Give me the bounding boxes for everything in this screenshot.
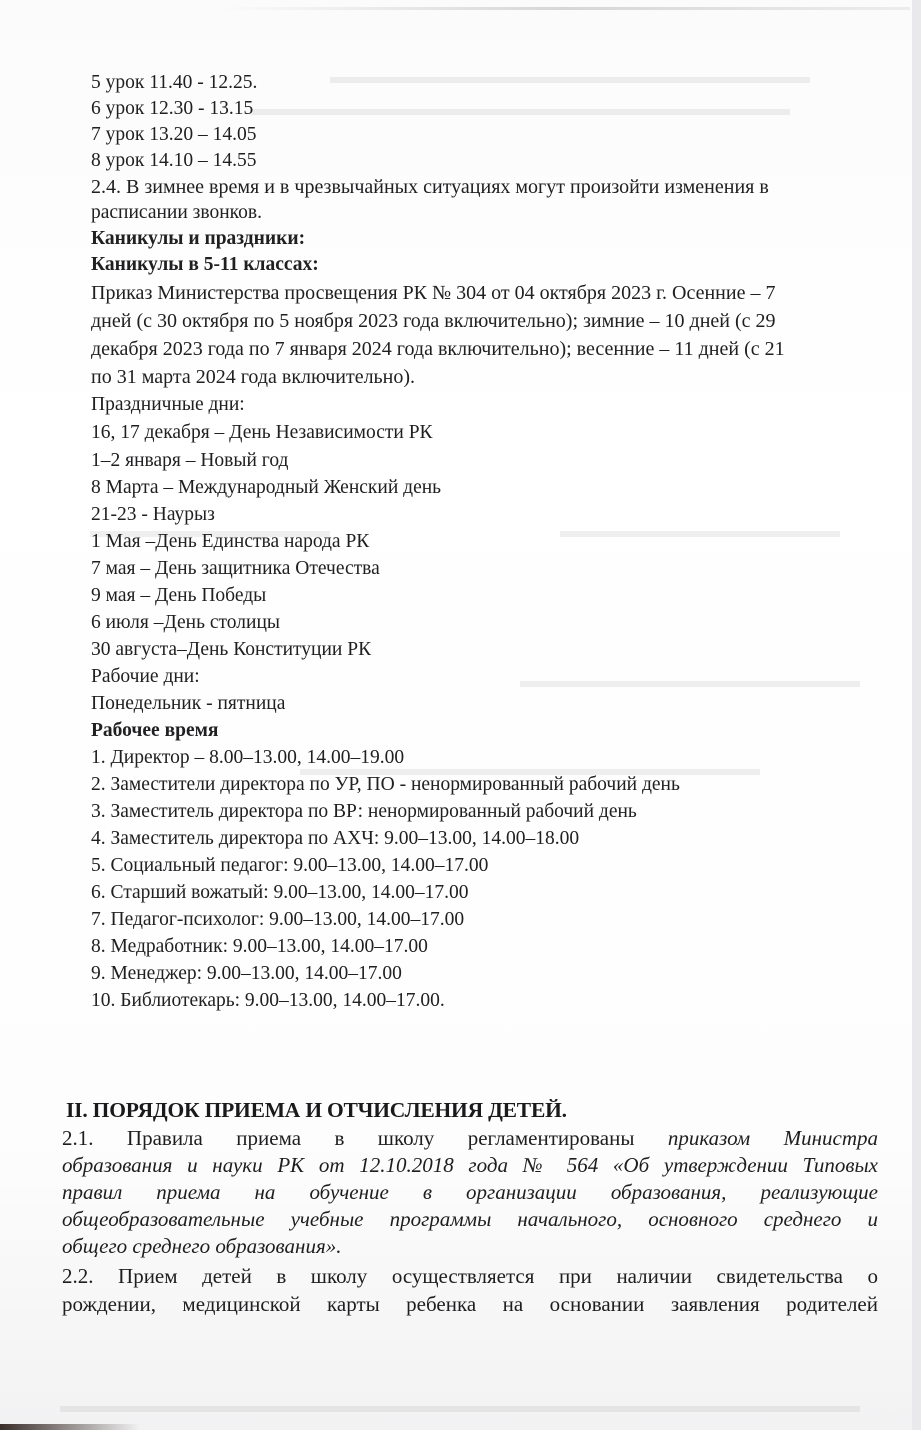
clause-2-4-cont: расписании звонков. [91, 200, 262, 226]
schedule-line: 5 урок 11.40 - 12.25. [91, 70, 257, 96]
clause-2-1-cont: образования и науки РК от 12.10.2018 год… [62, 1152, 878, 1179]
clause-2-2-cont: рождении, медицинской карты ребенка на о… [62, 1291, 878, 1318]
clause-2-1-cont: общеобразовательные учебные программы на… [62, 1206, 878, 1233]
working-hours-item: 8. Медработник: 9.00–13.00, 14.00–17.00 [91, 934, 428, 960]
working-hours-item: 2. Заместители директора по УР, ПО - нен… [91, 772, 680, 798]
clause-2-1-italic: приказом Министра [668, 1126, 878, 1150]
bleed-through: ▬▬▬▬▬▬▬▬▬▬▬▬▬▬▬▬▬ [520, 670, 860, 693]
page-edge [220, 7, 910, 10]
working-hours-item: 5. Социальный педагог: 9.00–13.00, 14.00… [91, 853, 488, 879]
holiday-item: 6 июля –День столицы [91, 610, 280, 636]
holiday-item: 8 Марта – Международный Женский день [91, 475, 441, 501]
schedule-line: 7 урок 13.20 – 14.05 [91, 122, 256, 148]
schedule-line: 8 урок 14.10 – 14.55 [91, 148, 256, 174]
bleed-through: ▬▬▬▬▬▬▬▬▬▬▬▬▬▬▬▬▬▬▬▬▬▬▬▬ [330, 66, 810, 89]
vacations-text: по 31 марта 2024 года включительно). [91, 364, 415, 390]
clause-2-1-cont: общего среднего образования». [62, 1233, 878, 1260]
clause-2-1-text: 2.1. Правила приема в школу регламентиро… [62, 1126, 668, 1150]
working-hours-item: 3. Заместитель директора по ВР: ненормир… [91, 799, 637, 825]
clause-2-1-cont: правил приема на обучение в организации … [62, 1179, 878, 1206]
holiday-item: 9 мая – День Победы [91, 583, 266, 609]
vacations-text: декабря 2023 года по 7 января 2024 года … [91, 336, 785, 362]
working-days-value: Понедельник - пятница [91, 691, 285, 717]
clause-2-4: 2.4. В зимнее время и в чрезвычайных сит… [91, 174, 769, 200]
bleed-through: ▬▬▬▬▬▬▬▬▬▬▬▬▬▬▬▬▬▬▬▬▬▬▬▬▬▬▬▬▬▬▬▬▬▬▬▬▬▬▬▬ [60, 1395, 860, 1418]
page-shadow [0, 1424, 140, 1430]
clause-2-2: 2.2. Прием детей в школу осуществляется … [62, 1263, 878, 1290]
schedule-line: 6 урок 12.30 - 13.15 [91, 96, 253, 122]
vacations-text: Приказ Министерства просвещения РК № 304… [91, 280, 775, 306]
working-hours-item: 1. Директор – 8.00–13.00, 14.00–19.00 [91, 745, 404, 771]
working-hours-item: 10. Библиотекарь: 9.00–13.00, 14.00–17.0… [91, 988, 445, 1014]
working-days-label: Рабочие дни: [91, 664, 200, 690]
holiday-item: 1–2 января – Новый год [91, 448, 288, 474]
holiday-item: 21-23 - Наурыз [91, 502, 215, 528]
bleed-through: ▬▬▬▬▬▬▬▬▬▬▬▬▬▬▬▬▬▬▬▬▬▬▬▬▬▬▬ [250, 98, 790, 121]
working-hours-heading: Рабочее время [91, 718, 218, 744]
holiday-item: 1 Мая –День Единства народа РК [91, 529, 369, 555]
working-hours-item: 6. Старший вожатый: 9.00–13.00, 14.00–17… [91, 880, 469, 906]
vacations-text: дней (с 30 октября по 5 ноября 2023 года… [91, 308, 776, 334]
vacations-heading-text: Каникулы в 5-11 классах: [91, 254, 319, 275]
working-hours-item: 9. Менеджер: 9.00–13.00, 14.00–17.00 [91, 961, 402, 987]
clause-2-1: 2.1. Правила приема в школу регламентиро… [62, 1125, 878, 1152]
bleed-through: ▬▬▬▬▬▬▬▬▬▬▬▬▬▬ [560, 520, 840, 543]
holidays-heading: Каникулы и праздники: [91, 226, 305, 252]
working-hours-item: 4. Заместитель директора по АХЧ: 9.00–13… [91, 826, 579, 852]
holiday-item: 7 мая – День защитника Отечества [91, 556, 380, 582]
public-holidays-label: Праздничные дни: [91, 392, 245, 418]
working-hours-item: 7. Педагог-психолог: 9.00–13.00, 14.00–1… [91, 907, 464, 933]
holiday-item: 16, 17 декабря – День Независимости РК [91, 420, 433, 446]
section-2-title: II. ПОРЯДОК ПРИЕМА И ОТЧИСЛЕНИЯ ДЕТЕЙ. [66, 1098, 567, 1123]
document-page: ▬▬▬▬▬▬▬▬▬▬▬▬▬▬▬▬▬▬▬▬▬▬▬▬ ▬▬▬▬▬▬▬▬▬▬▬▬▬▬▬… [0, 0, 912, 1430]
holiday-item: 30 августа–День Конституции РК [91, 637, 371, 663]
vacations-heading: Каникулы в 5-11 классах: [91, 252, 319, 278]
